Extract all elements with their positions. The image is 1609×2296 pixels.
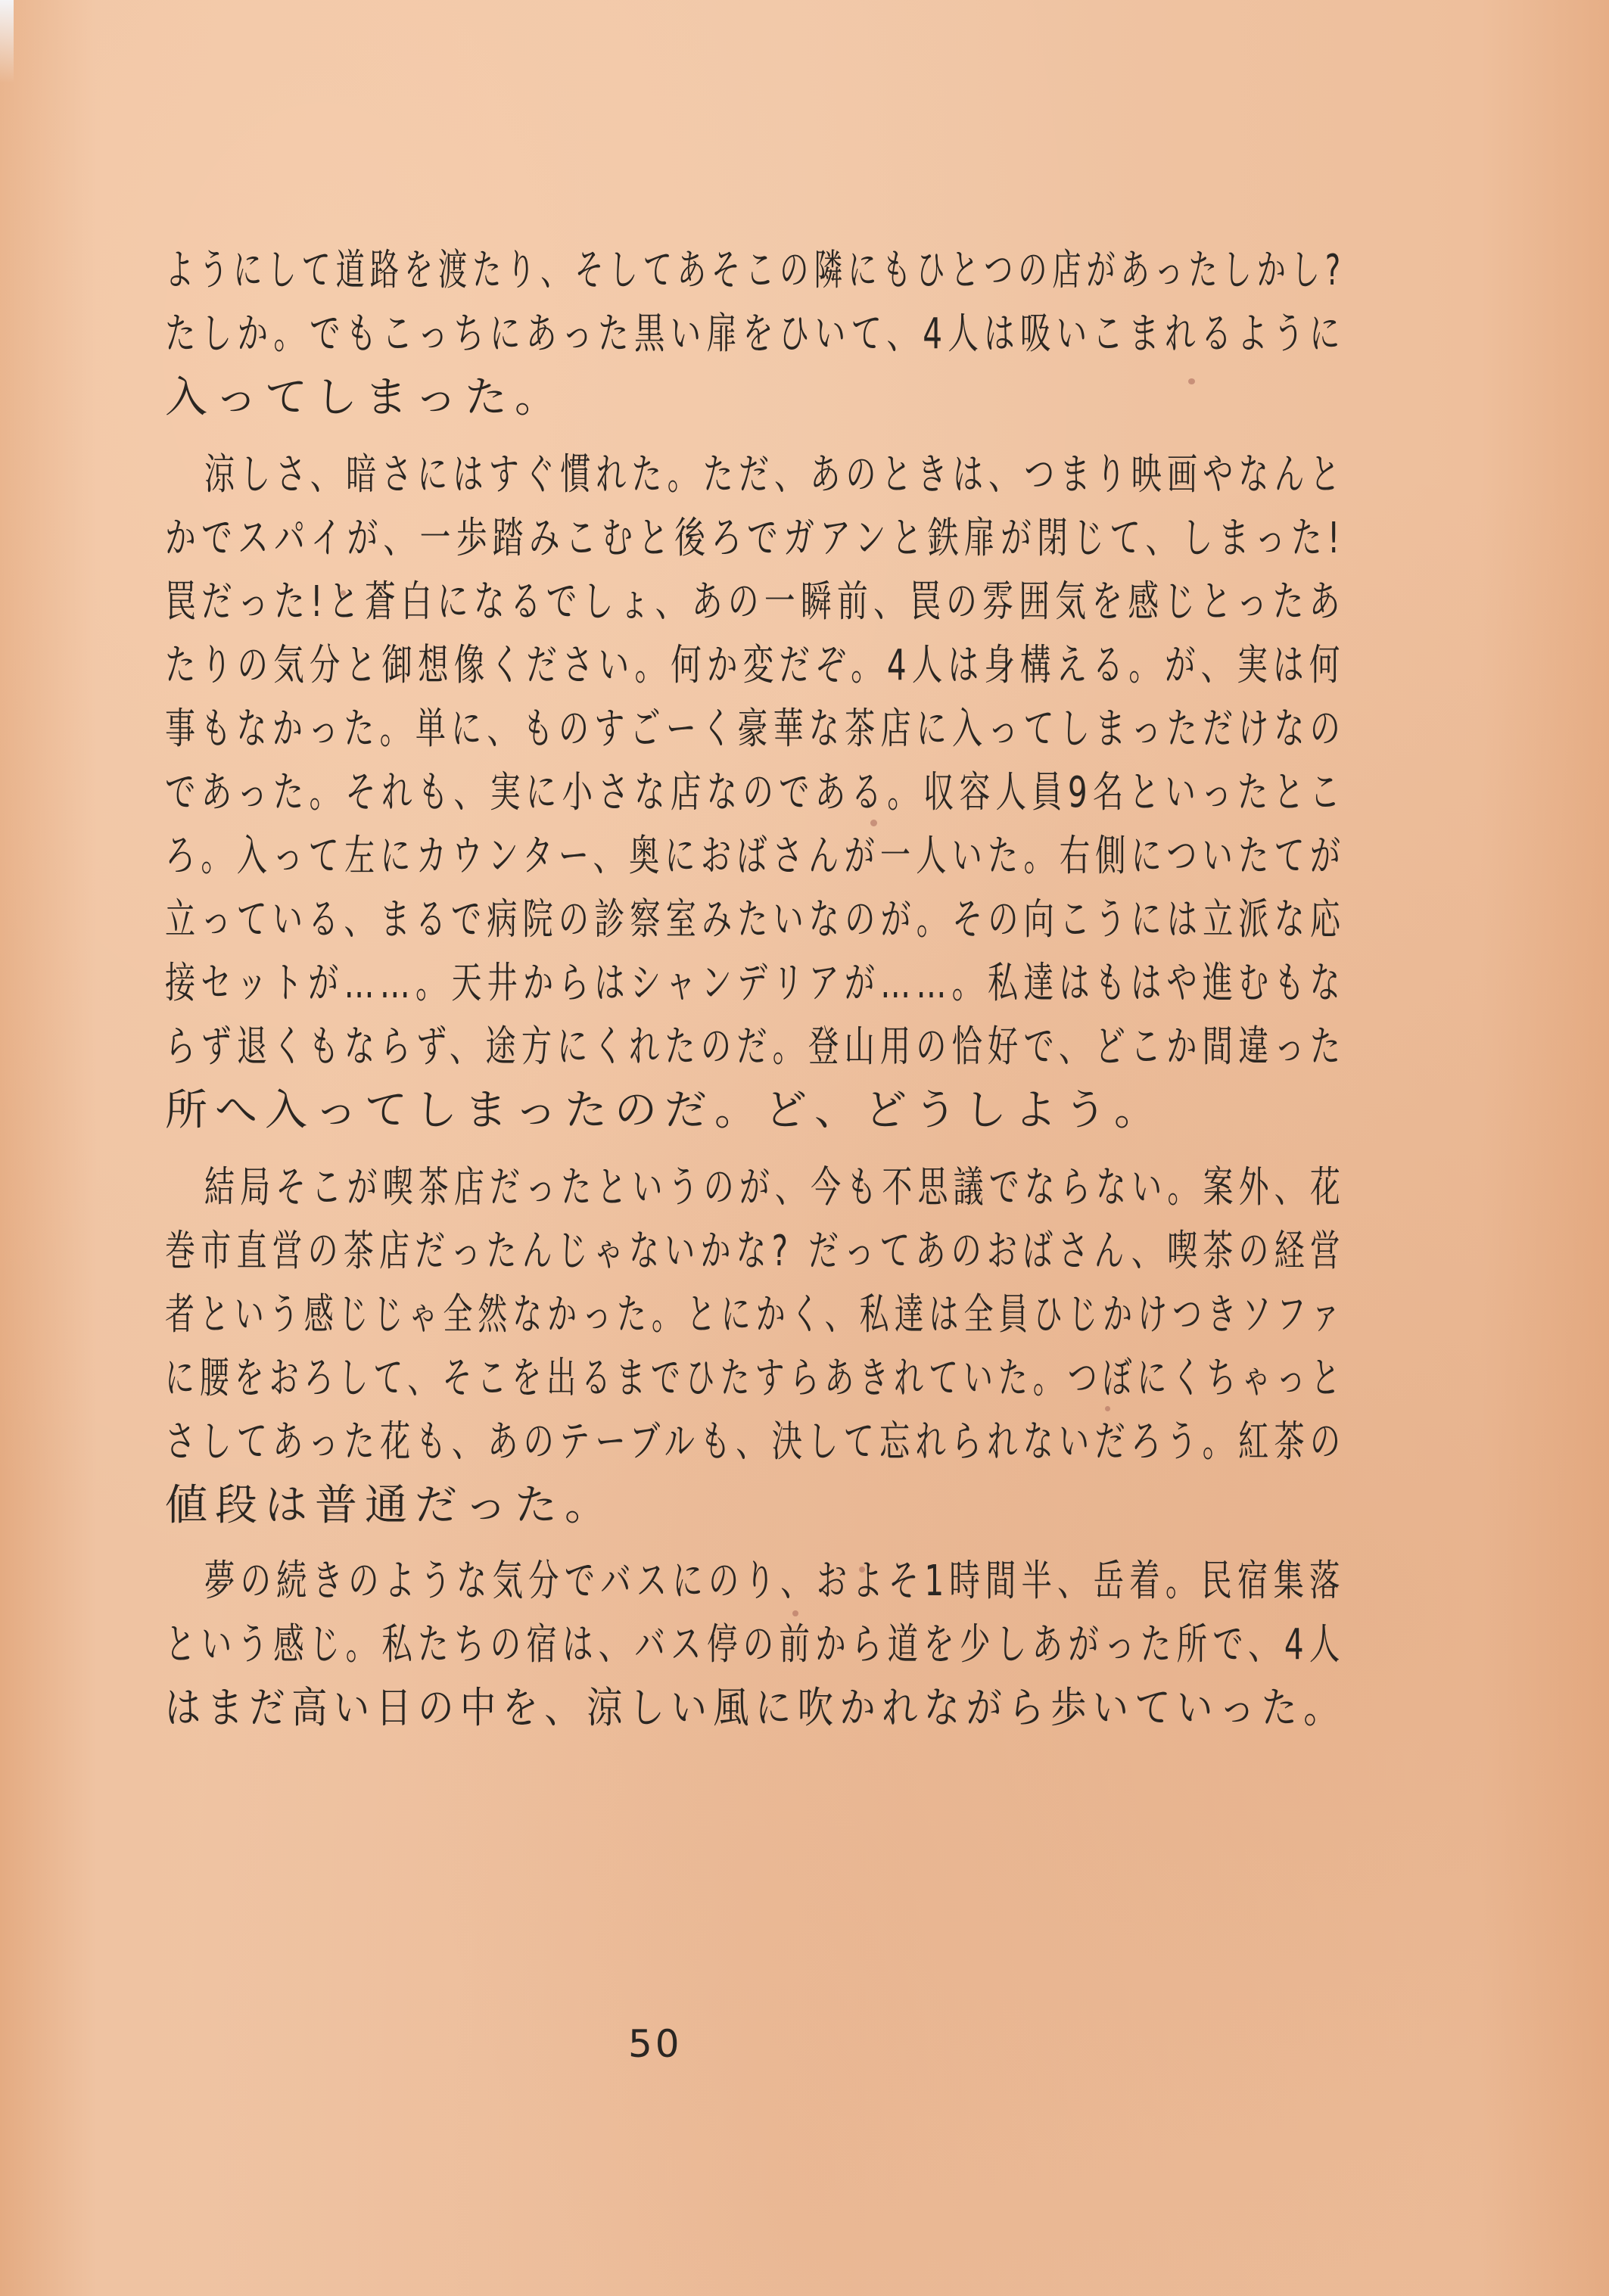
text-line: であった。それも、実に小さな店なのである。収容人員9名といったとこ: [165, 761, 1019, 825]
text-line: さしてあった花も、あのテーブルも、決して忘れられないだろう。紅茶の: [165, 1411, 1013, 1474]
text-line: 結局そこが喫茶店だったというのが、今も不思議でならない。案外、花: [204, 1156, 1047, 1220]
text-line: 涼しさ、暗さにはすぐ慣れた。ただ、あのときは、つまり映画やなんと: [204, 443, 1048, 507]
text-line: 夢の続きのような気分でバスにのり、およそ1時間半、岳着。民宿集落: [204, 1550, 1056, 1613]
text-line: 接セットが……。天井からはシャンデリアが……。私達はもはや進むもな: [165, 952, 1011, 1016]
text-line: 値段は普通だった。: [165, 1474, 1346, 1538]
text-line: らず退くもならず、途方にくれたのだ。登山用の恰好で、どこか間違った: [165, 1016, 1013, 1079]
text-line: 事もなかった。単に、ものすごーく豪華な茶店に入ってしまっただけなの: [165, 698, 1010, 761]
text-line: ようにして道路を渡たり、そしてあそこの隣にもひとつの店があったしかし?: [165, 239, 972, 303]
text-line: 入ってしまった。: [165, 366, 1346, 430]
text-line: 立っている、まるで病院の診察室みたいなのが。その向こうには立派な応: [165, 888, 1011, 952]
text-line: に腰をおろして、そこを出るまでひたすらあきれていた。つぼにくちゃっと: [165, 1347, 986, 1411]
manuscript-page: ようにして道路を渡たり、そしてあそこの隣にもひとつの店があったしかし? たしか。…: [0, 0, 1609, 2296]
paper-speck: [1105, 1406, 1110, 1411]
text-line: たしか。でもこっちにあった黒い扉をひいて、4人は吸いこまれるように: [165, 303, 1019, 366]
text-line: 罠だった!と蒼白になるでしょ、あの一瞬前、罠の雰囲気を感じとったあ: [165, 571, 1025, 634]
text-line: はまだ高い日の中を、涼しい風に吹かれながら歩いていった。: [165, 1677, 1162, 1741]
text-line: かでスパイが、一歩踏みこむと後ろでガアンと鉄扉が閉じて、しまった!: [165, 507, 1025, 571]
text-line: 巻市直営の茶店だったんじゃないかな? だってあのおばさん、喫茶の経営: [165, 1220, 1009, 1283]
text-line: 者という感じじゃ全然なかった。とにかく、私達は全員ひじかけつきソファ: [165, 1283, 986, 1347]
text-line: という感じ。私たちの宿は、バス停の前から道を少しあがった所で、4人: [165, 1613, 1019, 1677]
text-line: 所へ入ってしまったのだ。ど、どうしよう。: [165, 1079, 1346, 1143]
page-number: 50: [628, 2022, 683, 2066]
text-line: たりの気分と御想像ください。何か変だぞ。4人は身構える。が、実は何: [165, 634, 1019, 698]
text-line: ろ。入って左にカウンター、奥におばさんが一人いた。右側についたてが: [165, 825, 1013, 888]
